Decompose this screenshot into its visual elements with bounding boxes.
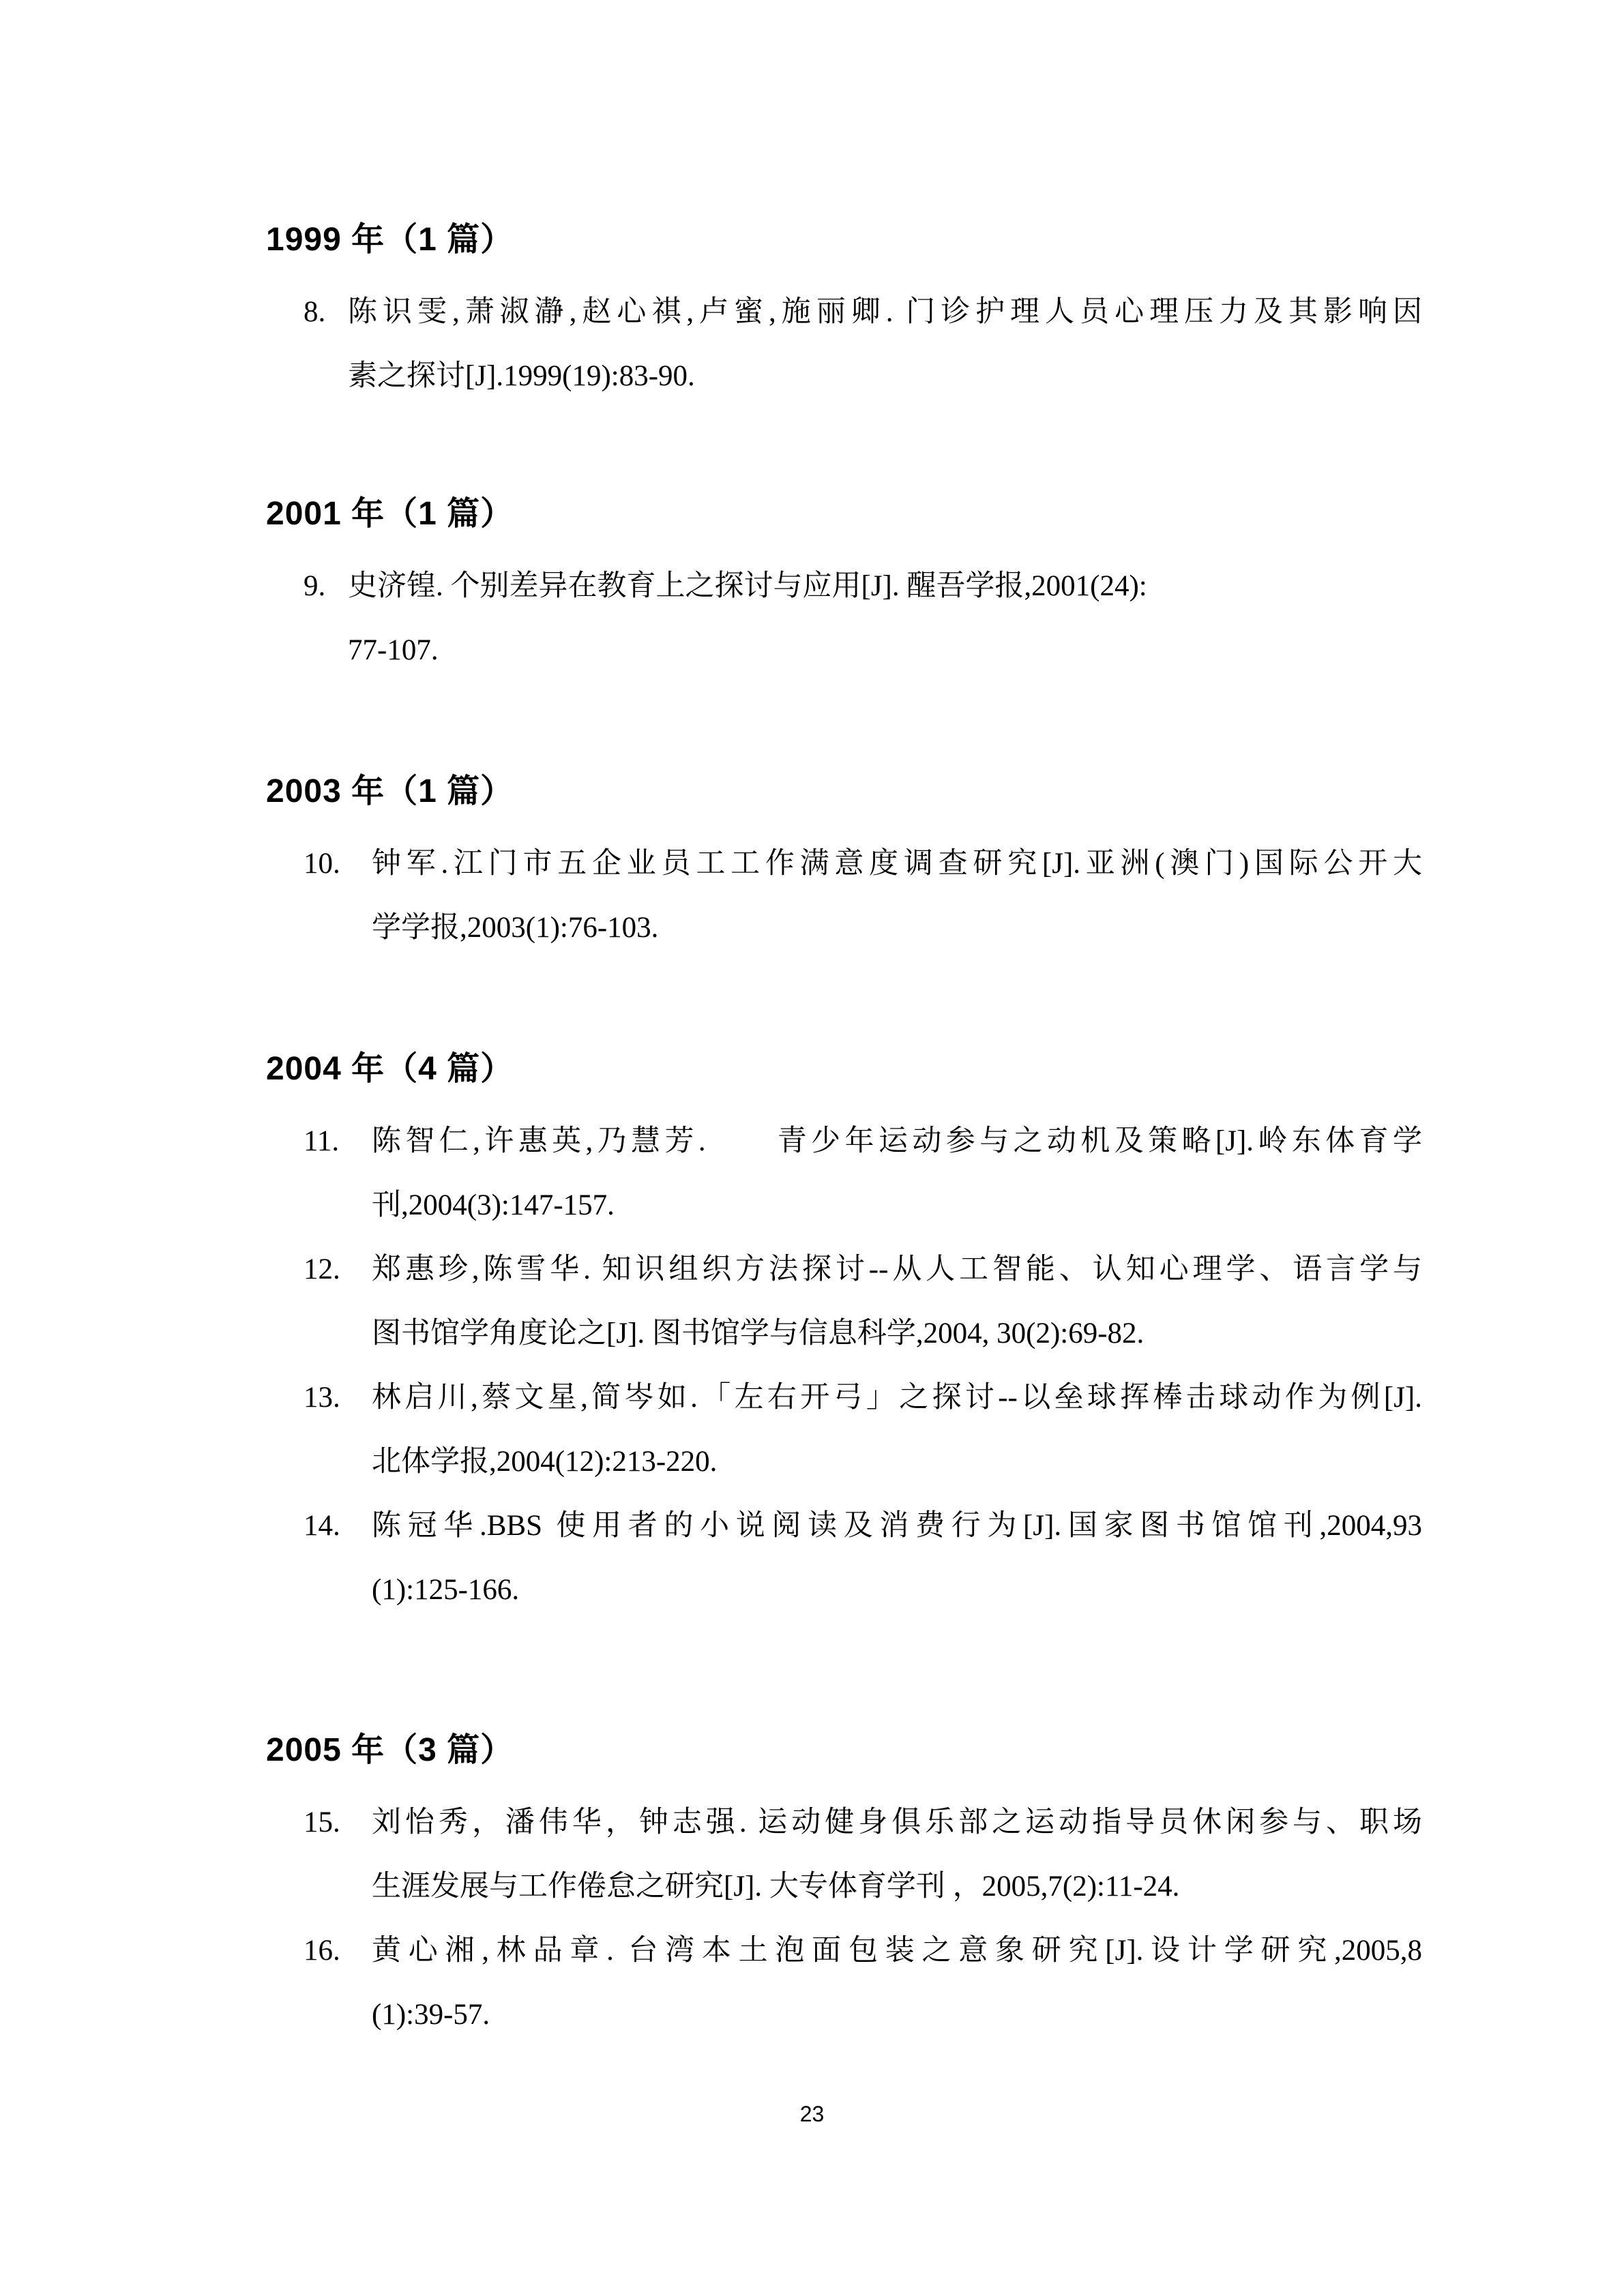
reference-line: (1):39-57. bbox=[266, 1983, 1422, 2047]
reference-text: 林启川,蔡文星,简岑如.「左右开弓」之探讨--以垒球挥棒击球动作为例[J]. bbox=[372, 1382, 1422, 1414]
reference-line: 9.史济锽. 个别差异在教育上之探讨与应用[J]. 醒吾学报,2001(24): bbox=[266, 554, 1422, 618]
section-heading-2001: 2001 年（1 篇） bbox=[266, 498, 1422, 531]
reference-text: 素之探讨[J].1999(19):83-90. bbox=[348, 360, 695, 392]
reference-line: 学学报,2003(1):76-103. bbox=[266, 896, 1422, 960]
reference-text: 黄心湘,林品章. 台湾本土泡面包装之意象研究[J].设计学研究,2005,8 bbox=[372, 1935, 1422, 1967]
reference-list-2005: 15.刘怡秀，潘伟华，钟志强. 运动健身俱乐部之运动指导员休闲参与、职场 生涯发… bbox=[266, 1791, 1422, 2047]
reference-line: 北体学报,2004(12):213-220. bbox=[266, 1430, 1422, 1494]
section-2004: 2004 年（4 篇） 11.陈智仁,许惠英,乃慧芳. 青少年运动参与之动机及策… bbox=[266, 1053, 1422, 1622]
item-number: 9. bbox=[304, 554, 325, 618]
reference-text: 77-107. bbox=[348, 634, 439, 666]
reference-item-15: 15.刘怡秀，潘伟华，钟志强. 运动健身俱乐部之运动指导员休闲参与、职场 生涯发… bbox=[266, 1791, 1422, 1919]
reference-line: 12.郑惠珍,陈雪华. 知识组织方法探讨--从人工智能、认知心理学、语言学与 bbox=[266, 1238, 1422, 1302]
reference-line: 13.林启川,蔡文星,简岑如.「左右开弓」之探讨--以垒球挥棒击球动作为例[J]… bbox=[266, 1366, 1422, 1430]
reference-line: (1):125-166. bbox=[266, 1558, 1422, 1622]
reference-text: (1):39-57. bbox=[372, 1999, 490, 2031]
reference-line: 16.黄心湘,林品章. 台湾本土泡面包装之意象研究[J].设计学研究,2005,… bbox=[266, 1919, 1422, 1983]
reference-text: 郑惠珍,陈雪华. 知识组织方法探讨--从人工智能、认知心理学、语言学与 bbox=[372, 1253, 1422, 1285]
reference-text: 史济锽. 个别差异在教育上之探讨与应用[J]. 醒吾学报,2001(24): bbox=[348, 570, 1147, 602]
item-number: 14. bbox=[304, 1494, 340, 1558]
item-number: 11. bbox=[304, 1109, 339, 1174]
reference-text: 学学报,2003(1):76-103. bbox=[372, 912, 658, 944]
reference-item-8: 8.陈识雯,萧淑瀞,赵心祺,卢蜜,施丽卿. 门诊护理人员心理压力及其影响因 素之… bbox=[266, 280, 1422, 408]
reference-text: 陈识雯,萧淑瀞,赵心祺,卢蜜,施丽卿. 门诊护理人员心理压力及其影响因 bbox=[348, 296, 1422, 328]
reference-line: 77-107. bbox=[266, 618, 1422, 683]
section-heading-1999: 1999 年（1 篇） bbox=[266, 224, 1422, 256]
reference-line: 15.刘怡秀，潘伟华，钟志强. 运动健身俱乐部之运动指导员休闲参与、职场 bbox=[266, 1791, 1422, 1855]
reference-item-11: 11.陈智仁,许惠英,乃慧芳. 青少年运动参与之动机及策略[J].岭东体育学 刊… bbox=[266, 1109, 1422, 1238]
section-heading-2005: 2005 年（3 篇） bbox=[266, 1734, 1422, 1767]
item-number: 12. bbox=[304, 1238, 340, 1302]
reference-list-2004: 11.陈智仁,许惠英,乃慧芳. 青少年运动参与之动机及策略[J].岭东体育学 刊… bbox=[266, 1109, 1422, 1622]
item-number: 15. bbox=[304, 1791, 340, 1855]
reference-text: (1):125-166. bbox=[372, 1574, 519, 1606]
reference-line: 刊,2004(3):147-157. bbox=[266, 1174, 1422, 1238]
reference-line: 8.陈识雯,萧淑瀞,赵心祺,卢蜜,施丽卿. 门诊护理人员心理压力及其影响因 bbox=[266, 280, 1422, 344]
reference-item-13: 13.林启川,蔡文星,简岑如.「左右开弓」之探讨--以垒球挥棒击球动作为例[J]… bbox=[266, 1366, 1422, 1494]
section-heading-2003: 2003 年（1 篇） bbox=[266, 775, 1422, 808]
reference-text: 生涯发展与工作倦怠之研究[J]. 大专体育学刊 ，2005,7(2):11-24… bbox=[372, 1870, 1179, 1903]
reference-list-2001: 9.史济锽. 个别差异在教育上之探讨与应用[J]. 醒吾学报,2001(24):… bbox=[266, 554, 1422, 683]
reference-list-2003: 10.钟军.江门市五企业员工工作满意度调查研究[J].亚洲(澳门)国际公开大 学… bbox=[266, 832, 1422, 960]
reference-text: 陈冠华.BBS 使用者的小说阅读及消费行为[J].国家图书馆馆刊,2004,93 bbox=[372, 1510, 1422, 1542]
reference-line: 素之探讨[J].1999(19):83-90. bbox=[266, 344, 1422, 408]
reference-item-9: 9.史济锽. 个别差异在教育上之探讨与应用[J]. 醒吾学报,2001(24):… bbox=[266, 554, 1422, 683]
reference-item-12: 12.郑惠珍,陈雪华. 知识组织方法探讨--从人工智能、认知心理学、语言学与 图… bbox=[266, 1238, 1422, 1366]
reference-text: 北体学报,2004(12):213-220. bbox=[372, 1446, 717, 1478]
reference-text: 陈智仁,许惠英,乃慧芳. 青少年运动参与之动机及策略[J].岭东体育学 bbox=[372, 1125, 1422, 1157]
reference-line: 生涯发展与工作倦怠之研究[J]. 大专体育学刊 ，2005,7(2):11-24… bbox=[266, 1855, 1422, 1919]
item-number: 10. bbox=[304, 832, 340, 896]
reference-line: 图书馆学角度论之[J]. 图书馆学与信息科学,2004, 30(2):69-82… bbox=[266, 1302, 1422, 1366]
reference-line: 14.陈冠华.BBS 使用者的小说阅读及消费行为[J].国家图书馆馆刊,2004… bbox=[266, 1494, 1422, 1558]
reference-item-14: 14.陈冠华.BBS 使用者的小说阅读及消费行为[J].国家图书馆馆刊,2004… bbox=[266, 1494, 1422, 1622]
reference-line: 10.钟军.江门市五企业员工工作满意度调查研究[J].亚洲(澳门)国际公开大 bbox=[266, 832, 1422, 896]
reference-text: 刊,2004(3):147-157. bbox=[372, 1189, 615, 1221]
reference-line: 11.陈智仁,许惠英,乃慧芳. 青少年运动参与之动机及策略[J].岭东体育学 bbox=[266, 1109, 1422, 1174]
reference-text: 刘怡秀，潘伟华，钟志强. 运动健身俱乐部之运动指导员休闲参与、职场 bbox=[372, 1806, 1422, 1838]
page-number: 23 bbox=[0, 2102, 1624, 2126]
document-page: 1999 年（1 篇） 8.陈识雯,萧淑瀞,赵心祺,卢蜜,施丽卿. 门诊护理人员… bbox=[0, 0, 1624, 2296]
section-heading-2004: 2004 年（4 篇） bbox=[266, 1053, 1422, 1086]
section-2001: 2001 年（1 篇） 9.史济锽. 个别差异在教育上之探讨与应用[J]. 醒吾… bbox=[266, 498, 1422, 683]
reference-list-1999: 8.陈识雯,萧淑瀞,赵心祺,卢蜜,施丽卿. 门诊护理人员心理压力及其影响因 素之… bbox=[266, 280, 1422, 408]
item-number: 13. bbox=[304, 1366, 340, 1430]
reference-text: 图书馆学角度论之[J]. 图书馆学与信息科学,2004, 30(2):69-82… bbox=[372, 1317, 1144, 1350]
item-number: 8. bbox=[304, 280, 325, 344]
item-number: 16. bbox=[304, 1919, 340, 1983]
reference-item-10: 10.钟军.江门市五企业员工工作满意度调查研究[J].亚洲(澳门)国际公开大 学… bbox=[266, 832, 1422, 960]
reference-text: 钟军.江门市五企业员工工作满意度调查研究[J].亚洲(澳门)国际公开大 bbox=[372, 848, 1422, 880]
section-1999: 1999 年（1 篇） 8.陈识雯,萧淑瀞,赵心祺,卢蜜,施丽卿. 门诊护理人员… bbox=[266, 224, 1422, 408]
reference-item-16: 16.黄心湘,林品章. 台湾本土泡面包装之意象研究[J].设计学研究,2005,… bbox=[266, 1919, 1422, 2047]
section-2003: 2003 年（1 篇） 10.钟军.江门市五企业员工工作满意度调查研究[J].亚… bbox=[266, 775, 1422, 960]
section-2005: 2005 年（3 篇） 15.刘怡秀，潘伟华，钟志强. 运动健身俱乐部之运动指导… bbox=[266, 1734, 1422, 2047]
